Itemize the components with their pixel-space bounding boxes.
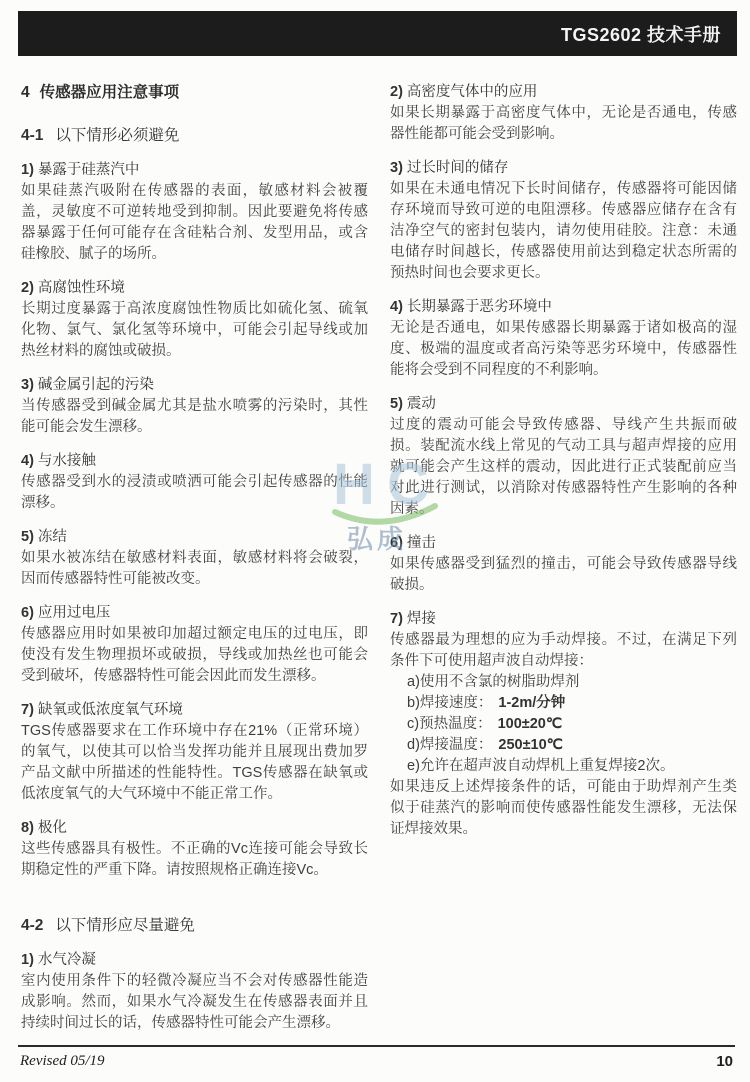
note-item: 5)震动 过度的震动可能会导致传感器、导线产生共振而破损。装配流水线上常见的气动… [390, 394, 737, 520]
item-number: 5) [390, 396, 403, 412]
item-title: 4)长期暴露于恶劣环境中 [390, 297, 737, 318]
item-body: 如果长期暴露于高密度气体中，无论是否通电，传感器性能都可能会受到影响。 [390, 103, 737, 145]
page-content: 4传感器应用注意事项 4-1以下情形必须避免 1)暴露于硅蒸汽中 如果硅蒸汽吸附… [21, 82, 737, 1034]
item-number: 5) [21, 529, 34, 545]
item-body: 过度的震动可能会导致传感器、导线产生共振而破损。装配流水线上常见的气动工具与超声… [390, 415, 737, 520]
item-body: 传感器应用时如果被印加超过额定电压的过电压，即使没有发生物理损坏或破损，导线或加… [21, 624, 368, 687]
item-number: 3) [390, 160, 403, 176]
subsection-number: 4-1 [21, 127, 43, 144]
item-title: 3)碱金属引起的污染 [21, 375, 368, 396]
condition-label: c)预热温度： [407, 716, 492, 732]
item-title-text: 焊接 [407, 611, 436, 627]
section-heading: 4传感器应用注意事项 [21, 82, 368, 104]
subsection-heading-4-2: 4-2以下情形应尽量避免 [21, 915, 368, 937]
item-body: 如果水被冻结在敏感材料表面，敏感材料将会破裂，因而传感器特性可能被改变。 [21, 548, 368, 590]
welding-condition-line: b)焊接速度：1-2m/分钟 [407, 693, 737, 714]
item-body: 如果在未通电情况下长时间储存，传感器将可能因储存环境而导致可逆的电阻漂移。传感器… [390, 179, 737, 284]
page-title: TGS2602 技术手册 [561, 21, 721, 47]
item-title-text: 极化 [38, 820, 67, 836]
welding-condition-line: d)焊接温度：250±10℃ [407, 735, 737, 756]
subsection-number: 4-2 [21, 917, 43, 934]
item-title: 4)与水接触 [21, 451, 368, 472]
note-item: 5)冻结 如果水被冻结在敏感材料表面，敏感材料将会破裂，因而传感器特性可能被改变… [21, 527, 368, 590]
footer: Revised 05/19 10 [20, 1053, 733, 1070]
item-number: 2) [21, 280, 34, 296]
item-number: 2) [390, 84, 403, 100]
condition-value: 100±20℃ [498, 716, 563, 732]
item-title-text: 缺氧或低浓度氧气环境 [38, 702, 183, 718]
condition-label: b)焊接速度： [407, 695, 492, 711]
item-title-text: 应用过电压 [38, 605, 111, 621]
revision-label: Revised 05/19 [20, 1053, 105, 1070]
item-number: 4) [390, 299, 403, 315]
condition-value: 1-2m/分钟 [498, 695, 565, 711]
item-body: TGS传感器要求在工作环境中存在21%（正常环境）的氧气，以使其可以恰当发挥功能… [21, 721, 368, 805]
item-body: 长期过度暴露于高浓度腐蚀性物质比如硫化氢、硫氧化物、氯气、氯化氢等环境中，可能会… [21, 299, 368, 362]
item-title: 6)撞击 [390, 533, 737, 554]
subsection-heading-4-1: 4-1以下情形必须避免 [21, 125, 368, 147]
note-item: 8)极化 这些传感器具有极性。不正确的Vc连接可能会导致长期稳定性的严重下降。请… [21, 818, 368, 881]
item-title-text: 水气冷凝 [38, 952, 96, 968]
item-body: 室内使用条件下的轻微冷凝应当不会对传感器性能造成影响。然而，如果水气冷凝发生在传… [21, 971, 368, 1034]
subsection-heading-text: 以下情形应尽量避免 [55, 917, 195, 934]
note-item: 2)高腐蚀性环境 长期过度暴露于高浓度腐蚀性物质比如硫化氢、硫氧化物、氯气、氯化… [21, 278, 368, 362]
item-title: 3)过长时间的储存 [390, 158, 737, 179]
note-item: 3)碱金属引起的污染 当传感器受到碱金属尤其是盐水喷雾的污染时，其性能可能会发生… [21, 375, 368, 438]
document-page: TGS2602 技术手册 4传感器应用注意事项 4-1以下情形必须避免 1)暴露… [0, 0, 750, 1082]
item-title-text: 暴露于硅蒸汽中 [38, 162, 140, 178]
item-title: 2)高腐蚀性环境 [21, 278, 368, 299]
item-number: 6) [21, 605, 34, 621]
item-title-text: 过长时间的储存 [407, 160, 509, 176]
item-title: 7)缺氧或低浓度氧气环境 [21, 700, 368, 721]
welding-note: 如果违反上述焊接条件的话，可能由于助焊剂产生类似于硅蒸汽的影响而使传感器性能发生… [390, 777, 737, 840]
item-body: 如果硅蒸汽吸附在传感器的表面，敏感材料会被覆盖，灵敏度不可逆转地受到抑制。因此要… [21, 181, 368, 265]
item-number: 8) [21, 820, 34, 836]
item-number: 1) [21, 162, 34, 178]
note-item: 1)暴露于硅蒸汽中 如果硅蒸汽吸附在传感器的表面，敏感材料会被覆盖，灵敏度不可逆… [21, 160, 368, 265]
note-item: 3)过长时间的储存 如果在未通电情况下长时间储存，传感器将可能因储存环境而导致可… [390, 158, 737, 284]
subsection-heading-text: 以下情形必须避免 [55, 127, 179, 144]
item-body: 如果传感器受到猛烈的撞击，可能会导致传感器导线破损。 [390, 554, 737, 596]
note-item: 4)长期暴露于恶劣环境中 无论是否通电，如果传感器长期暴露于诸如极高的湿度、极端… [390, 297, 737, 381]
item-body: 这些传感器具有极性。不正确的Vc连接可能会导致长期稳定性的严重下降。请按照规格正… [21, 839, 368, 881]
item-title-text: 冻结 [38, 529, 67, 545]
condition-label: e)允许在超声波自动焊机上重复焊接2次。 [407, 758, 674, 774]
item-title: 1)暴露于硅蒸汽中 [21, 160, 368, 181]
welding-condition-line: e)允许在超声波自动焊机上重复焊接2次。 [407, 756, 737, 777]
section-heading-text: 传感器应用注意事项 [40, 84, 180, 101]
item-number: 4) [21, 453, 34, 469]
item-title: 5)震动 [390, 394, 737, 415]
note-item: 7)缺氧或低浓度氧气环境 TGS传感器要求在工作环境中存在21%（正常环境）的氧… [21, 700, 368, 805]
item-title-text: 碱金属引起的污染 [38, 377, 154, 393]
item-title-text: 与水接触 [38, 453, 96, 469]
condition-label: d)焊接温度： [407, 737, 492, 753]
note-item: 1)水气冷凝 室内使用条件下的轻微冷凝应当不会对传感器性能造成影响。然而，如果水… [21, 950, 368, 1034]
item-title-text: 撞击 [407, 535, 436, 551]
item-number: 1) [21, 952, 34, 968]
welding-conditions-list: a)使用不含氯的树脂助焊剂 b)焊接速度：1-2m/分钟 c)预热温度：100±… [390, 672, 737, 777]
item-title-text: 长期暴露于恶劣环境中 [407, 299, 552, 315]
item-body: 传感器受到水的浸渍或喷洒可能会引起传感器的性能漂移。 [21, 472, 368, 514]
note-item: 4)与水接触 传感器受到水的浸渍或喷洒可能会引起传感器的性能漂移。 [21, 451, 368, 514]
item-title-text: 高密度气体中的应用 [407, 84, 538, 100]
note-item: 2)高密度气体中的应用 如果长期暴露于高密度气体中，无论是否通电，传感器性能都可… [390, 82, 737, 145]
header-bar: TGS2602 技术手册 [18, 11, 737, 56]
note-item-welding: 7)焊接 传感器最为理想的应为手动焊接。不过，在满足下列条件下可使用超声波自动焊… [390, 609, 737, 840]
item-title-text: 高腐蚀性环境 [38, 280, 125, 296]
item-title: 7)焊接 [390, 609, 737, 630]
welding-condition-line: c)预热温度：100±20℃ [407, 714, 737, 735]
welding-condition-line: a)使用不含氯的树脂助焊剂 [407, 672, 737, 693]
item-number: 6) [390, 535, 403, 551]
item-title: 8)极化 [21, 818, 368, 839]
item-number: 7) [21, 702, 34, 718]
item-number: 7) [390, 611, 403, 627]
condition-value: 250±10℃ [498, 737, 563, 753]
condition-label: a)使用不含氯的树脂助焊剂 [407, 674, 579, 690]
right-column: 2)高密度气体中的应用 如果长期暴露于高密度气体中，无论是否通电，传感器性能都可… [390, 82, 737, 1034]
section-number: 4 [21, 84, 30, 101]
item-title: 2)高密度气体中的应用 [390, 82, 737, 103]
item-title: 6)应用过电压 [21, 603, 368, 624]
note-item: 6)撞击 如果传感器受到猛烈的撞击，可能会导致传感器导线破损。 [390, 533, 737, 596]
item-number: 3) [21, 377, 34, 393]
item-body: 无论是否通电，如果传感器长期暴露于诸如极高的湿度、极端的温度或者高污染等恶劣环境… [390, 318, 737, 381]
item-title: 5)冻结 [21, 527, 368, 548]
page-number: 10 [716, 1053, 733, 1070]
left-column: 4传感器应用注意事项 4-1以下情形必须避免 1)暴露于硅蒸汽中 如果硅蒸汽吸附… [21, 82, 368, 1034]
note-item: 6)应用过电压 传感器应用时如果被印加超过额定电压的过电压，即使没有发生物理损坏… [21, 603, 368, 687]
item-title: 1)水气冷凝 [21, 950, 368, 971]
item-title-text: 震动 [407, 396, 436, 412]
item-body: 传感器最为理想的应为手动焊接。不过，在满足下列条件下可使用超声波自动焊接： [390, 630, 737, 672]
item-body: 当传感器受到碱金属尤其是盐水喷雾的污染时，其性能可能会发生漂移。 [21, 396, 368, 438]
footer-rule [18, 1045, 735, 1047]
